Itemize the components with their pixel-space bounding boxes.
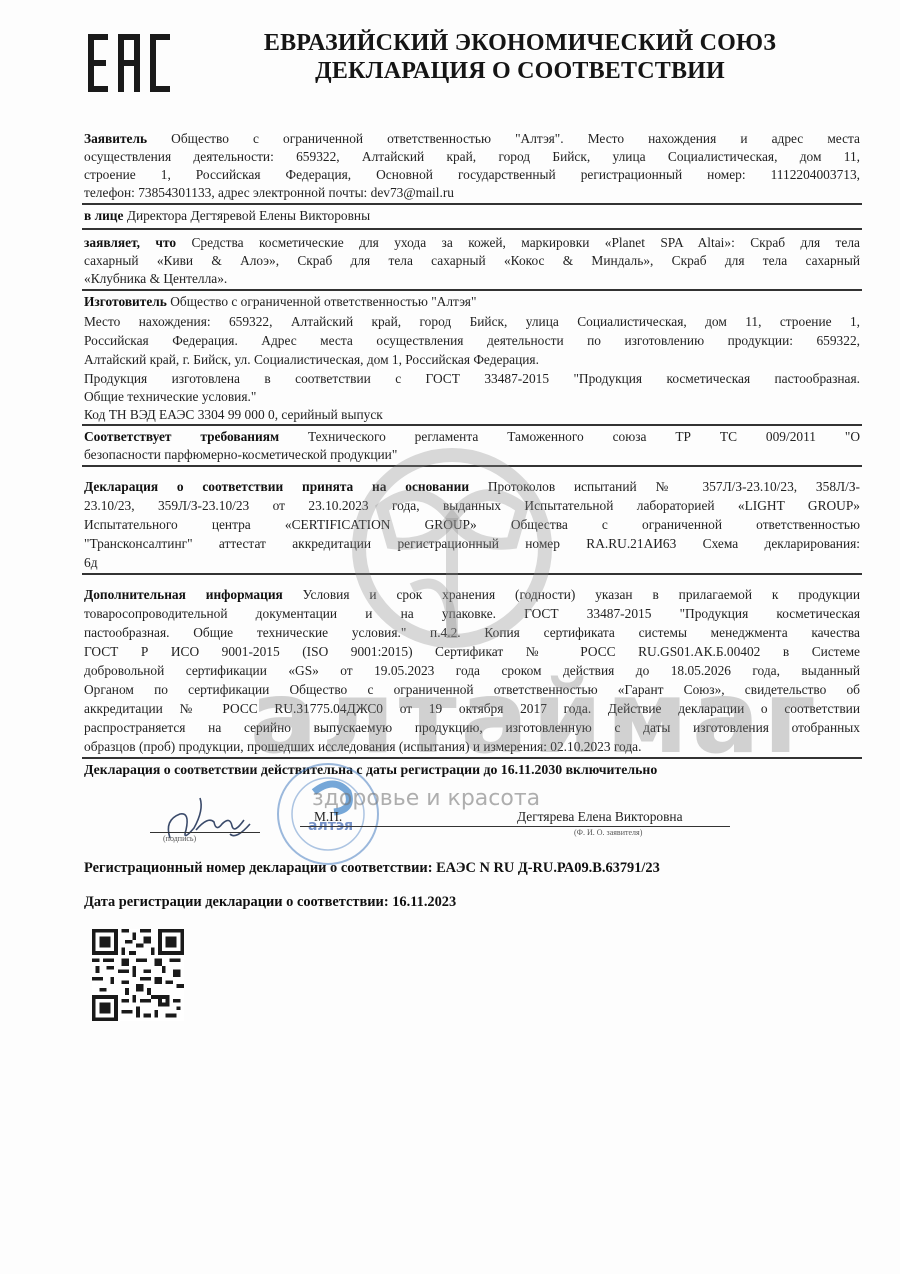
registration-date: Дата регистрации декларации о соответств… — [84, 894, 456, 911]
additional-line-5: добровольной сертификации «GS» от 19.05.… — [84, 662, 860, 679]
represented-by: в лице Директора Дегтяревой Елены Виктор… — [84, 207, 860, 224]
applicant-line-3: строение 1, Российская Федерация, Основн… — [84, 166, 860, 183]
basis-line-5: 6д — [84, 554, 860, 571]
divider — [82, 289, 862, 291]
basis-line-2: 23.10/23, 359Л/З-23.10/23 от 23.10.2023 … — [84, 497, 860, 514]
additional-line-3: пастообразная. Общие технические условия… — [84, 624, 860, 641]
qr-code-icon[interactable] — [92, 929, 184, 1021]
applicant-line-4: телефон: 73854301133, адрес электронной … — [84, 184, 860, 201]
union-title: ЕВРАЗИЙСКИЙ ЭКОНОМИЧЕСКИЙ СОЮЗ — [240, 30, 800, 57]
additional-line-8: распространяется на серийно выпускаемую … — [84, 719, 860, 736]
basis-line-3: Испытательного центра «CERTIFICATION GRO… — [84, 516, 860, 533]
stamp-placeholder-label: М.П. — [314, 808, 342, 825]
basis-line-4: "Трансконсалтинг" аттестат аккредитации … — [84, 535, 860, 552]
signature-caption: (подпись) — [163, 834, 196, 843]
tn-ved-code: Код ТН ВЭД ЕАЭС 3304 99 000 0, серийный … — [84, 406, 860, 423]
divider — [82, 228, 862, 230]
manufacturer-line-1: Изготовитель Общество с ограниченной отв… — [84, 293, 860, 310]
additional-line-6: Органом по сертификации Общество с огран… — [84, 681, 860, 698]
document-title: ДЕКЛАРАЦИЯ О СООТВЕТСТВИИ — [240, 58, 800, 85]
validity-statement: Декларация о соответствии действительна … — [84, 761, 860, 778]
additional-line-9: образцов (проб) продукции, прошедших исс… — [84, 738, 860, 755]
applicant-line-2: осуществления деятельности: 659322, Алта… — [84, 148, 860, 165]
additional-line-1: Дополнительная информация Условия и срок… — [84, 586, 860, 603]
eac-logo-icon — [86, 32, 172, 94]
declares-line-3: «Клубника & Центелла». — [84, 270, 860, 287]
compliance-line-2: безопасности парфюмерно-косметической пр… — [84, 446, 860, 463]
signature-underline — [150, 832, 260, 833]
divider — [82, 465, 862, 467]
additional-line-7: аккредитации № РОСС RU.31775.04ДЖС0 от 1… — [84, 700, 860, 717]
compliance-line-1: Соответствует требованиям Технического р… — [84, 428, 860, 445]
manufacturer-line-4: Алтайский край, г. Бийск, ул. Социалисти… — [84, 351, 860, 368]
declaration-page: ЕВРАЗИЙСКИЙ ЭКОНОМИЧЕСКИЙ СОЮЗ ДЕКЛАРАЦИ… — [0, 0, 900, 1274]
additional-line-2: товаросопроводительной документации и на… — [84, 605, 860, 622]
watermark-tagline: здоровье и красота — [312, 786, 540, 811]
divider — [82, 203, 862, 205]
declares-line-2: сахарный «Киви & Алоэ», Скраб для тела с… — [84, 252, 860, 269]
manufacturer-line-3: Российская Федерация. Адрес места осущес… — [84, 332, 860, 349]
applicant-line-1: Заявитель Общество с ограниченной ответс… — [84, 130, 860, 147]
divider — [82, 573, 862, 575]
registration-number: Регистрационный номер декларации о соотв… — [84, 860, 660, 877]
declares-line-1: заявляет, что Средства косметические для… — [84, 234, 860, 251]
divider — [82, 757, 862, 759]
divider — [82, 424, 862, 426]
applicant-label: Заявитель — [84, 131, 147, 146]
additional-line-4: ГОСТ Р ИСО 9001-2015 (ISO 9001:2015) Сер… — [84, 643, 860, 660]
signer-caption: (Ф. И. О. заявителя) — [574, 828, 642, 837]
manufacturer-line-2: Место нахождения: 659322, Алтайский край… — [84, 313, 860, 330]
manufacturer-line-5: Продукция изготовлена в соответствии с Г… — [84, 370, 860, 387]
manufacturer-line-6: Общие технические условия." — [84, 388, 860, 405]
signer-underline — [300, 826, 730, 827]
signer-name: Дегтярева Елена Викторовна — [517, 808, 683, 825]
basis-line-1: Декларация о соответствии принята на осн… — [84, 478, 860, 495]
